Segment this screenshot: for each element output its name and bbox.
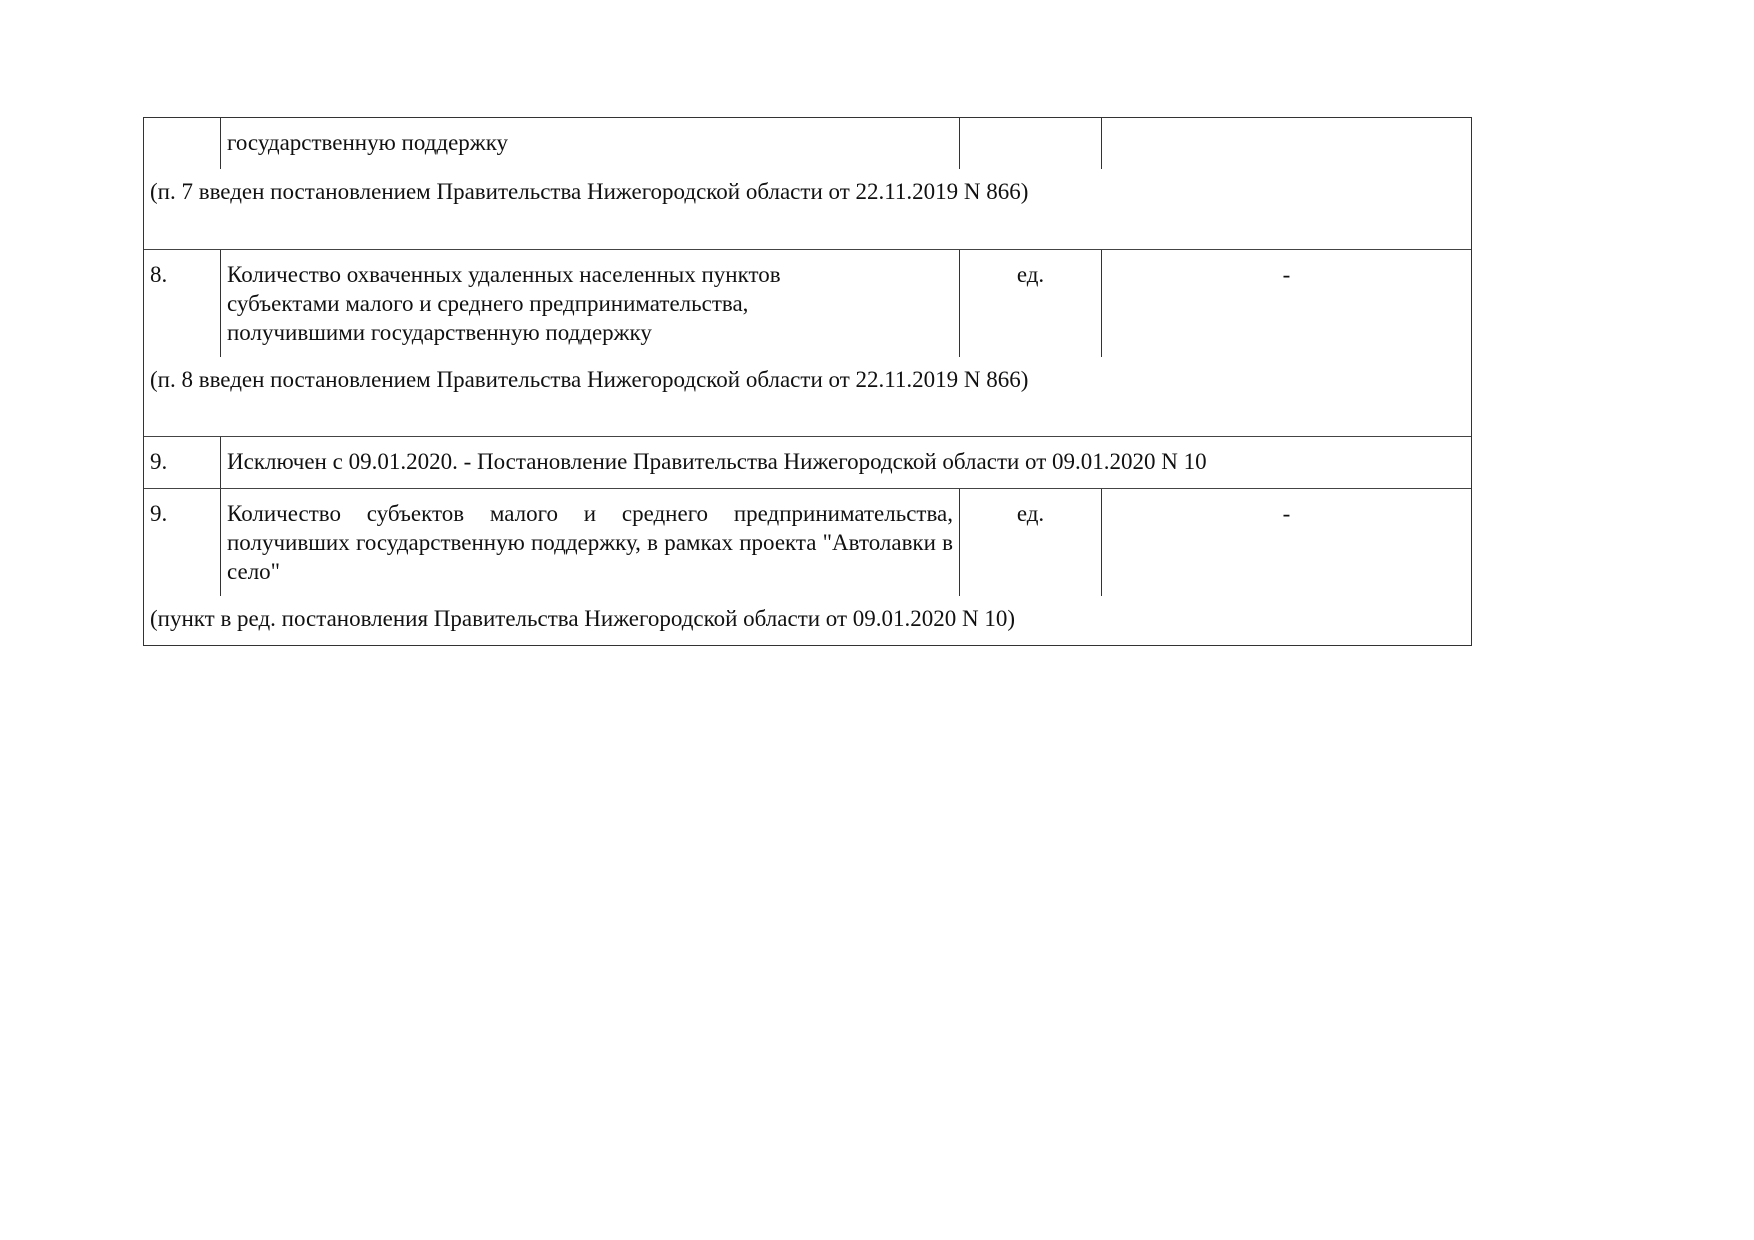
table-row: государственную поддержку (п. 7 введен п… xyxy=(144,118,1471,249)
table-row: 9. Количество субъектов малого и среднег… xyxy=(144,488,1471,645)
excluded-item-text: Исключен с 09.01.2020. - Постановление П… xyxy=(220,437,1471,488)
value: - xyxy=(1101,250,1471,357)
table-row: 9. Исключен с 09.01.2020. - Постановлени… xyxy=(144,436,1471,488)
amendment-note: (п. 7 введен постановлением Правительств… xyxy=(144,169,1076,212)
amendment-note: (п. 8 введен постановлением Правительств… xyxy=(144,357,1076,400)
document-page: государственную поддержку (п. 7 введен п… xyxy=(0,0,1754,1240)
item-number: 9. xyxy=(144,489,220,596)
indicator-name: государственную поддержку xyxy=(220,118,959,169)
unit: ед. xyxy=(959,489,1101,596)
value: - xyxy=(1101,489,1471,596)
item-number xyxy=(144,118,220,169)
indicators-table: государственную поддержку (п. 7 введен п… xyxy=(143,117,1472,646)
indicator-name: Количество охваченных удаленных населенн… xyxy=(220,250,959,357)
item-number: 8. xyxy=(144,250,220,357)
item-number: 9. xyxy=(144,437,220,488)
value xyxy=(1101,118,1471,169)
unit xyxy=(959,118,1101,169)
table-row: 8. Количество охваченных удаленных насел… xyxy=(144,249,1471,436)
unit: ед. xyxy=(959,250,1101,357)
indicator-name: Количество субъектов малого и среднего п… xyxy=(220,489,959,596)
amendment-note: (пункт в ред. постановления Правительств… xyxy=(144,596,1356,639)
